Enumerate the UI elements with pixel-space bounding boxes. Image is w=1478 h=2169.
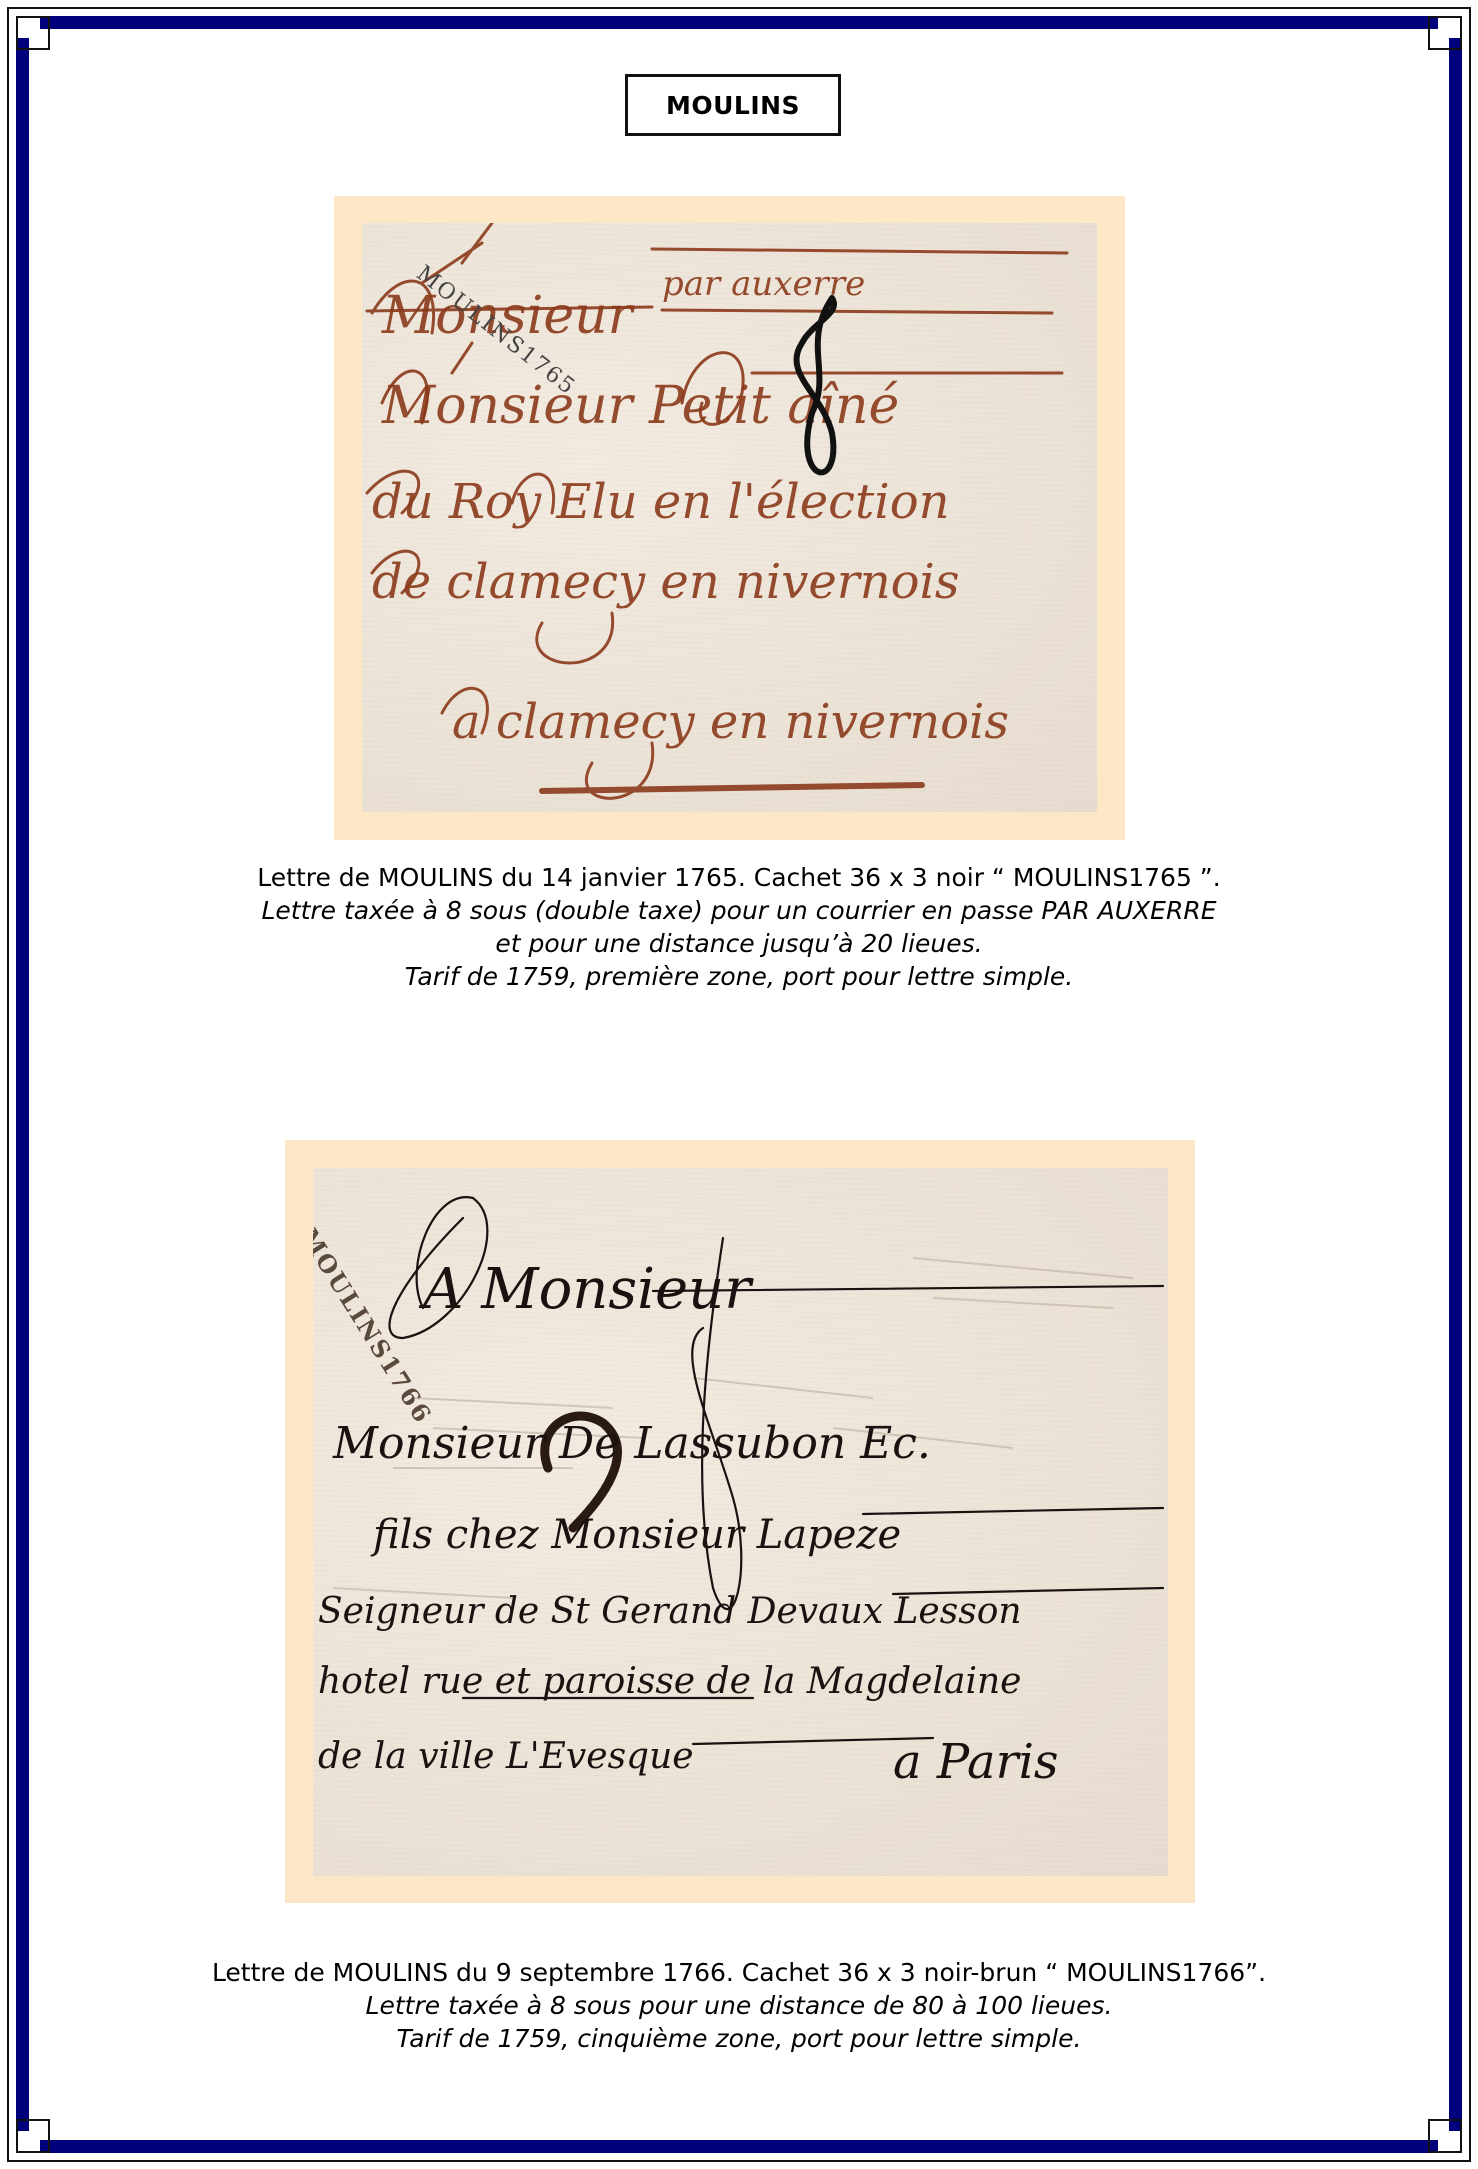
page-title-box: MOULINS	[625, 74, 841, 136]
caption-1-line-4: Tarif de 1759, première zone, port pour …	[0, 960, 1478, 993]
caption-2-line-3: Tarif de 1759, cinquième zone, port pour…	[0, 2022, 1478, 2055]
caption-1-line-3: et pour une distance jusqu’à 20 lieues.	[0, 927, 1478, 960]
svg-text:Monsieur De Lassubon Ec.: Monsieur De Lassubon Ec.	[332, 1418, 931, 1469]
letter-2-image-frame: A Monsieur Monsieur De Lassubon Ec. fils…	[285, 1140, 1195, 1903]
corner-ornament-bottom-left-inner	[16, 2119, 50, 2153]
letter-1-caption: Lettre de MOULINS du 14 janvier 1765. Ca…	[0, 861, 1478, 993]
svg-text:de la ville L'Evesque: de la ville L'Evesque	[318, 1736, 694, 1777]
caption-2-line-2: Lettre taxée à 8 sous pour une distance …	[0, 1989, 1478, 2022]
caption-1-line-1: Lettre de MOULINS du 14 janvier 1765. Ca…	[0, 861, 1478, 894]
svg-text:A Monsieur: A Monsieur	[418, 1257, 754, 1322]
svg-text:Seigneur de St Gerand Devaux L: Seigneur de St Gerand Devaux Lesson	[318, 1591, 1022, 1632]
svg-text:hotel rue et paroisse de la Ma: hotel rue et paroisse de la Magdelaine	[318, 1661, 1021, 1702]
corner-ornament-top-left-inner	[16, 16, 50, 50]
svg-text:fils chez Monsieur Lapeze: fils chez Monsieur Lapeze	[370, 1512, 901, 1558]
svg-text:du Roy Elu en l'élection: du Roy Elu en l'élection	[372, 474, 950, 530]
corner-ornament-top-right-inner	[1428, 16, 1462, 50]
svg-text:de clamecy en nivernois: de clamecy en nivernois	[372, 554, 960, 610]
caption-1-line-2: Lettre taxée à 8 sous (double taxe) pour…	[0, 894, 1478, 927]
corner-ornament-bottom-right-inner	[1428, 2119, 1462, 2153]
letter-2-handwriting: A Monsieur Monsieur De Lassubon Ec. fils…	[313, 1168, 1168, 1876]
caption-2-line-1: Lettre de MOULINS du 9 septembre 1766. C…	[0, 1956, 1478, 1989]
page-title: MOULINS	[666, 91, 800, 120]
svg-text:a clamecy en nivernois: a clamecy en nivernois	[452, 694, 1009, 750]
letter-2-image: A Monsieur Monsieur De Lassubon Ec. fils…	[313, 1168, 1168, 1876]
svg-text:a Paris: a Paris	[893, 1734, 1059, 1790]
letter-1-image-frame: par auxerre Monsieur Monsieur Petit aîné…	[334, 196, 1125, 840]
letter-1-image: par auxerre Monsieur Monsieur Petit aîné…	[362, 223, 1097, 812]
letter-2-caption: Lettre de MOULINS du 9 septembre 1766. C…	[0, 1956, 1478, 2055]
